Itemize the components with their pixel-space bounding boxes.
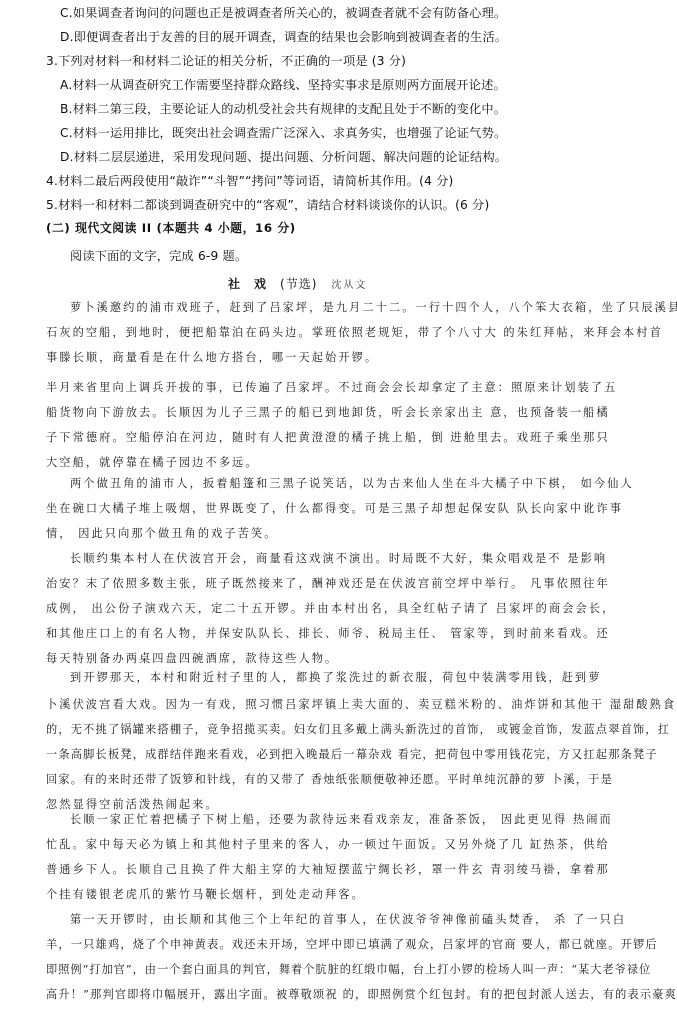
exam-page: C.如果调查者询问的问题也正是被调查者所关心的，被调查者就不会有防备心理。 D.… (0, 0, 677, 1033)
passage-p2-line1: 半月来省里向上调兵开拔的事，已传遍了吕家坪。不过商会会长却拿定了主意：照原来计划… (46, 380, 617, 396)
passage-p7-line4: 高升！”那判官即将巾幅展开，露出字面。被尊敬颂祝 的，即照例赏个红包封。有的把包… (46, 987, 677, 1003)
passage-p3-line1: 两个做丑角的浦市人，扳着船篷和三黑子说笑话，以为古来仙人坐在斗大橘子中下棋， 如… (70, 476, 634, 492)
passage-p7-line3: 即照例“打加官”，由一个套白面具的判官，舞着个肮脏的红缎巾幅，台上打小锣的检场人… (46, 962, 651, 978)
passage-p3-line2: 坐在碗口大橘子堆上吸烟，世界既变了，什么都得变。可是三黑子却想起保安队 队长向家… (46, 501, 623, 517)
passage-p5-line5: 回家。有的来时还带了饭箩和针线，有的又带了 香烛纸张顺便敬神还愿。平时单纯沉静的… (46, 772, 613, 788)
passage-p6-line1: 长顺一家正忙着把橘子下树上船，还要为款待远来看戏亲友，准备茶饭， 因此更见得 热… (70, 812, 613, 828)
passage-title: 社戏(节选)沈从文 (228, 276, 367, 294)
q3-option-d: D.材料二层层递进，采用发现问题、提出问题、分析问题、解决问题的论证结构。 (60, 149, 507, 165)
passage-p6-line3: 普通乡下人。长顺自己且换了件大船主穿的大袖短摆蓝宁绸长衫，罩一件玄 青羽绫马褂，… (46, 862, 610, 878)
passage-p1-line3: 事滕长顺，商量看是在什么地方搭台，哪一天起始开锣。 (46, 350, 378, 366)
q3-option-b: B.材料二第三段，主要论证人的动机受社会共有规律的支配且处于不断的变化中。 (60, 101, 506, 117)
passage-p5-line6: 忽然显得空前活泼热闹起来。 (46, 797, 219, 813)
passage-p4-line5: 每天特别备办两桌四盘四碗酒席，款待这些人物。 (46, 651, 338, 667)
passage-p1-line2: 石灰的空船，到地时，便把船靠泊在码头边。掌班依照老规矩，带了个八寸大 的朱红拜帖… (46, 325, 663, 341)
title-excerpt-note: (节选) (280, 277, 317, 291)
passage-p4-line4: 和其他庄口上的有名人物，并保安队队长、排长、师爷、税局主任、 管家等，到时前来看… (46, 626, 610, 642)
passage-p6-line4: 个挂有镂银老虎爪的紫竹马鞭长烟杆，到处走动拜客。 (46, 887, 365, 903)
q3-option-a: A.材料一从调查研究工作需要坚持群众路线、坚持实事求是原则两方面展开论述。 (60, 77, 506, 93)
passage-p2-line2: 船货物向下游放去。长顺因为儿子三黑子的船已到地卸货，听会长亲家出主 意，也预备装… (46, 405, 610, 421)
q5-stem: 5.材料一和材料二都谈到调查研究中的“客观”，请结合材料谈谈你的认识。(6 分) (46, 197, 489, 213)
passage-p1-line1: 萝卜溪邀约的浦市戏班子，赶到了吕家坪，是九月二十二。一行十四个人，八个笨大衣箱，… (70, 300, 677, 316)
passage-p3-line3: 情， 因此只向那个做丑角的戏子苦笑。 (46, 526, 278, 542)
q2-option-d: D.即便调查者出于友善的目的展开调查，调查的结果也会影响到被调查者的生活。 (60, 29, 507, 45)
passage-p4-line2: 治安？末了依照多数主张，班子既然接来了，酬神戏还是在伏波宫前空坪中举行。 凡事依… (46, 576, 610, 592)
title-author: 沈从文 (331, 280, 367, 291)
q3-stem: 3.下列对材料一和材料二论证的相关分析，不正确的一项是 (3 分) (46, 53, 406, 69)
section-heading: (二) 现代文阅读 II (本题共 4 小题，16 分) (46, 220, 296, 236)
passage-p4-line3: 成例， 出公份子演戏六天，定二十五开锣。并由本村出名，具全红帖子请了 吕家坪的商… (46, 601, 615, 617)
passage-p2-line4: 大空船，就停靠在橘子园边不多远。 (46, 455, 259, 471)
passage-p5-line3: 的，无不挑了锅罐来搭棚子，竞争招揽买卖。妇女们且多戴上满头新洗过的首饰， 或镀金… (46, 722, 670, 738)
q3-option-c: C.材料一运用排比，既突出社会调查需广泛深入、求真务实，也增强了论证气势。 (60, 125, 506, 141)
passage-p7-line2: 羊，一只雄鸡，烧了个申神黄表。戏还未开场，空坪中即已填满了观众，吕家坪的官商 要… (46, 937, 658, 953)
q4-stem: 4.材料二最后两段使用“敲诈”“斗智”“拷问”等词语，请简析其作用。(4 分) (46, 173, 454, 189)
passage-p5-line4: 一条高脚长板凳，成群结伴跑来看戏，必到把入晚最后一幕杂戏 看完，把荷包中零用钱花… (46, 747, 658, 763)
q2-option-c: C.如果调查者询问的问题也正是被调查者所关心的，被调查者就不会有防备心理。 (60, 5, 506, 21)
passage-p4-line1: 长顺约集本村人在伏波宫开会，商量看这戏演不演出。时局既不大好，集众唱戏是不 是影… (70, 551, 607, 567)
reading-instruction: 阅读下面的文字，完成 6-9 题。 (70, 248, 247, 264)
passage-p2-line3: 子下常德府。空船停泊在河边，随时有人把黄澄澄的橘子挑上船，倒 进舱里去。戏班子乘… (46, 430, 610, 446)
passage-p5-line2: 卜溪伏波宫看大戏。因为一有戏，照习惯吕家坪镇上卖大面的、卖豆糕米粉的、油炸饼和其… (46, 697, 677, 713)
passage-p7-line1: 第一天开锣时，由长顺和其他三个上年纪的首事人，在伏波爷爷神像前磕头焚香， 杀 了… (70, 912, 626, 928)
title-main: 社戏 (228, 277, 280, 291)
passage-p5-line1: 到开锣那天，本村和附近村子里的人，都换了浆洗过的新衣服，荷包中装满零用钱，赶到萝 (70, 670, 602, 686)
passage-p6-line2: 忙乱。家中每天必为镇上和其他村子里来的客人，办一顿过午面饭。又另外烧了几 缸热茶… (46, 837, 610, 853)
